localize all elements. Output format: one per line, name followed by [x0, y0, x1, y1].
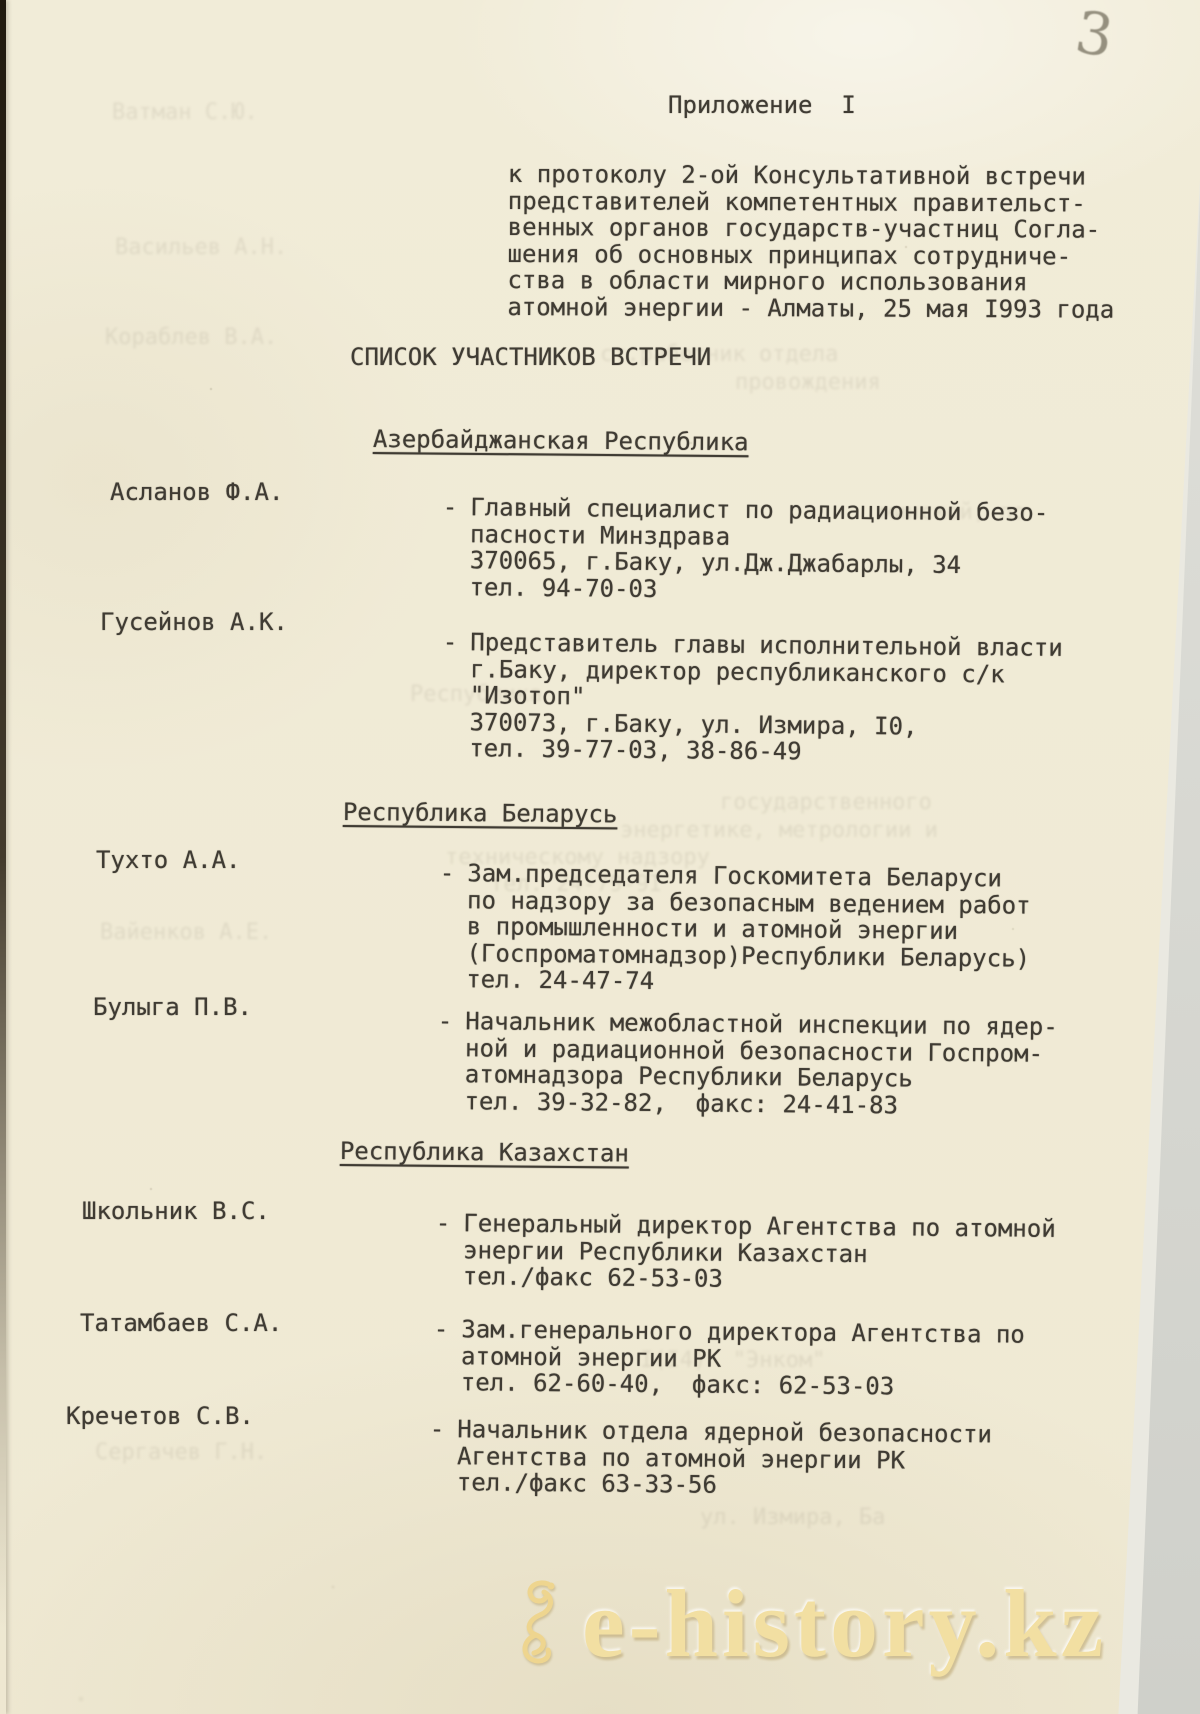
bleedthrough-text: Васильев А.Н.	[115, 235, 287, 260]
scanned-document-page: Ватман С.Ю. Васильев А.Н. Кораблев В.А. …	[0, 0, 1200, 1714]
participant-description: - Главный специалист по радиационной без…	[442, 494, 1048, 606]
bleedthrough-text: государственного	[720, 790, 932, 815]
dash: -	[443, 494, 458, 521]
book-spine-shadow	[0, 0, 6, 1714]
participant-description-text: Представитель главы исполнительной власт…	[469, 629, 1063, 767]
participant-description: - Зам.председателя Госкомитета Беларуси …	[439, 860, 1031, 998]
section-heading-azerbaijan: Азербайджанская Республика	[373, 426, 749, 456]
participant-name: Гусейнов А.К.	[100, 609, 288, 636]
bleedthrough-text: Сергачев Г.Н.	[95, 1440, 267, 1465]
participant-description-text: Генеральный директор Агентства по атомно…	[463, 1210, 1056, 1295]
snow-leopard-ornament-icon	[510, 1578, 570, 1670]
dash: -	[438, 1008, 453, 1035]
participant-description-text: Начальник межобластной инспекции по ядер…	[464, 1008, 1057, 1120]
participant-description-text: Зам.генерального директора Агентства по …	[461, 1316, 1025, 1401]
dash: -	[434, 1316, 449, 1343]
watermark-site-text: e-history.kz	[582, 1576, 1107, 1672]
bleedthrough-text: Кораблев В.А.	[105, 325, 277, 350]
section-heading-kazakhstan: Республика Казахстан	[340, 1138, 629, 1167]
participant-name: Татамбаев С.А.	[80, 1310, 282, 1337]
bleedthrough-text: ул. Измира, Ба	[700, 1505, 885, 1530]
dash: -	[436, 1210, 451, 1237]
participants-list-title: СПИСОК УЧАСТНИКОВ ВСТРЕЧИ	[350, 344, 711, 371]
participant-name: Кречетов С.В.	[66, 1403, 254, 1430]
participant-name: Школьник В.С.	[82, 1198, 270, 1225]
section-heading-belarus: Республика Беларусь	[343, 799, 618, 828]
dash: -	[443, 629, 458, 656]
bleedthrough-text: провождения	[735, 370, 881, 395]
participant-description: - Зам.генерального директора Агентства п…	[433, 1316, 1025, 1401]
participant-name: Тухто А.А.	[96, 847, 241, 874]
bleedthrough-text: Вайенков А.Е.	[100, 920, 272, 945]
participant-description: - Начальник отдела ядерной безопасности …	[429, 1416, 992, 1501]
dash: -	[430, 1416, 445, 1443]
participant-description-text: Главный специалист по радиационной безо-…	[469, 494, 1048, 606]
participant-description: - Начальник межобластной инспекции по яд…	[437, 1008, 1058, 1120]
bleedthrough-text: энергетике, метрологии и	[620, 818, 938, 843]
dash: -	[440, 860, 455, 887]
handwritten-page-number: 3	[1071, 0, 1118, 70]
watermark: e-history.kz	[510, 1576, 1107, 1672]
preamble-paragraph: к протоколу 2-ой Консультативной встречи…	[507, 161, 1115, 323]
appendix-title: Приложение I	[668, 92, 856, 119]
participant-description: - Представитель главы исполнительной вла…	[442, 629, 1063, 767]
bleedthrough-text: Ватман С.Ю.	[112, 100, 258, 125]
participant-description-text: Начальник отдела ядерной безопасности Аг…	[457, 1416, 992, 1501]
participant-name: Асланов Ф.А.	[110, 479, 283, 506]
participant-name: Булыга П.В.	[93, 994, 252, 1021]
participant-description-text: Зам.председателя Госкомитета Беларуси по…	[466, 860, 1031, 998]
participant-description: - Генеральный директор Агентства по атом…	[435, 1210, 1056, 1295]
